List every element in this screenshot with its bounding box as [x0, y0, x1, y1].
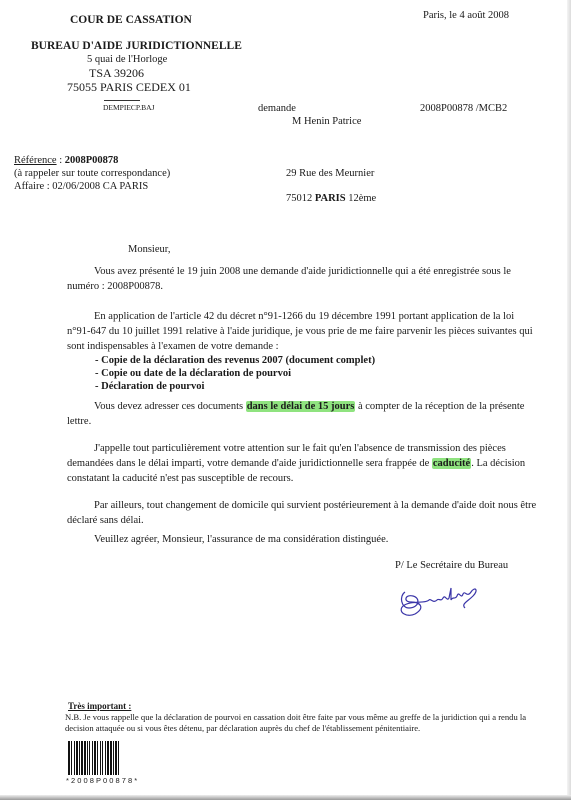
signature-icon: [395, 578, 485, 620]
code-rule: [104, 100, 140, 101]
reference-number: 2008P00878: [65, 155, 119, 166]
list-item: - Déclaration de pourvoi: [95, 380, 375, 393]
closing-formula: Veuillez agréer, Monsieur, l'assurance d…: [94, 534, 388, 545]
affaire-line: Affaire : 02/06/2008 CA PARIS: [14, 181, 148, 192]
barcode-icon: [68, 741, 144, 777]
address-line1: 5 quai de l'Horloge: [87, 54, 167, 65]
barcode-text: * 2 0 0 8 P 0 0 8 7 8 *: [66, 776, 137, 785]
salutation: Monsieur,: [128, 244, 170, 255]
required-documents-list: - Copie de la déclaration des revenus 20…: [95, 354, 375, 393]
address-line3: 75055 PARIS CEDEX 01: [67, 80, 191, 95]
court-name: COUR DE CASSATION: [70, 14, 192, 26]
recipient-name: M Henin Patrice: [292, 116, 361, 127]
recipient-district: 12ème: [348, 193, 376, 204]
paragraph-3: Vous devez adresser ces documents dans l…: [67, 399, 537, 429]
paragraph-5: Par ailleurs, tout changement de domicil…: [67, 498, 537, 528]
footer-note: N.B. Je vous rappelle que la déclaration…: [65, 712, 535, 734]
address-line2: TSA 39206: [89, 66, 144, 81]
letter-date: Paris, le 4 août 2008: [423, 10, 509, 21]
important-label: Très important :: [68, 701, 131, 711]
bureau-name: BUREAU D'AIDE JURIDICTIONNELLE: [31, 40, 242, 52]
file-reference: 2008P00878 /MCB2: [420, 103, 507, 114]
demande-label: demande: [258, 103, 296, 114]
reference-label: Référence: [14, 155, 57, 166]
paragraph-1: Vous avez présenté le 19 juin 2008 une d…: [67, 264, 537, 294]
reference-note: (à rappeler sur toute correspondance): [14, 168, 170, 179]
p3-text: Vous devez adresser ces documents: [94, 401, 246, 412]
recipient-city: PARIS: [315, 193, 346, 204]
signatory: P/ Le Secrétaire du Bureau: [395, 560, 508, 571]
page-edge: [567, 0, 571, 800]
recipient-postcode: 75012: [286, 193, 312, 204]
reference-line: Référence : 2008P00878: [14, 155, 118, 166]
list-item: - Copie de la déclaration des revenus 20…: [95, 354, 375, 367]
recipient-street: 29 Rue des Meurnier: [286, 168, 374, 179]
recipient-city-line: 75012 PARIS 12ème: [286, 193, 376, 204]
office-code: DEMPIECP.BAJ: [103, 103, 154, 112]
caducite-highlight: caducité: [432, 458, 471, 469]
scan-border: [0, 795, 571, 800]
paragraph-4: J'appelle tout particulièrement votre at…: [67, 441, 537, 486]
list-item: - Copie ou date de la déclaration de pou…: [95, 367, 375, 380]
deadline-highlight: dans le délai de 15 jours: [246, 401, 356, 412]
paragraph-2: En application de l'article 42 du décret…: [67, 309, 537, 354]
